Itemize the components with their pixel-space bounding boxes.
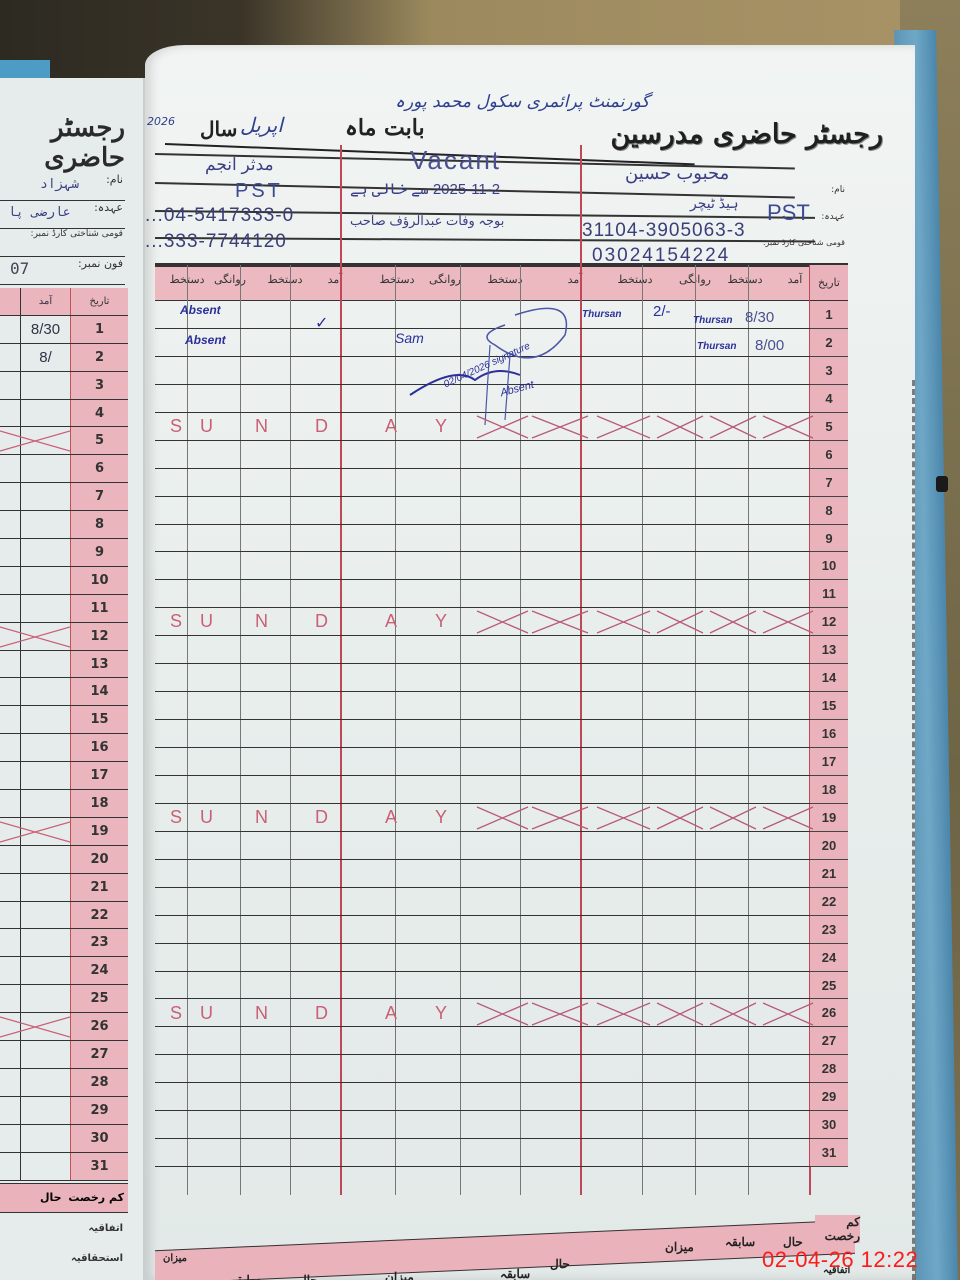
left-footer-label-hal: حال: [40, 1191, 62, 1204]
sunday-letter: D: [315, 1003, 328, 1024]
cross-mark-icon: [761, 414, 815, 440]
date-cell: 13: [810, 636, 848, 664]
left-designation-value: عارضی پا: [8, 205, 71, 220]
background-cover-edge: [0, 60, 50, 80]
table-row: [155, 1027, 810, 1055]
left-date-cell: 28: [70, 1069, 128, 1096]
left-date-cell: 30: [70, 1125, 128, 1152]
sunday-letter: U: [200, 1003, 213, 1024]
table-row: [155, 497, 810, 525]
left-phone-label: فون نمبر:: [78, 257, 123, 270]
sunday-row: SUNDAY: [155, 1000, 810, 1028]
cross-mark-icon: [708, 1001, 758, 1027]
sunday-letter: D: [315, 611, 328, 632]
left-designation-label: عہدہ:: [94, 201, 123, 214]
left-table-row: 17: [0, 762, 128, 790]
left-amad-cell: [20, 539, 70, 566]
left-amad-cell: [20, 929, 70, 956]
table-row: [155, 1111, 810, 1139]
sunday-letter: Y: [435, 611, 447, 632]
cross-mark-icon: [708, 805, 758, 831]
left-footer-label-earned: استحقاقیہ: [71, 1253, 123, 1264]
cross-mark-icon: [530, 805, 590, 831]
table-row: [155, 525, 810, 553]
left-table-row: 28: [0, 1069, 128, 1097]
date-cell: 30: [810, 1111, 848, 1139]
footer-label-sabiqa-2: سابقہ: [500, 1267, 530, 1280]
table-row: [155, 552, 810, 580]
cross-mark-icon: [475, 609, 530, 635]
label-cnic: قومی شناختی کارڈ نمبر:: [745, 238, 845, 247]
left-amad-cell: [20, 595, 70, 622]
sunday-letter: D: [315, 416, 328, 437]
table-row: [155, 776, 810, 804]
entry-right-amad-1: 8/30: [745, 309, 774, 326]
left-date-cell: 23: [70, 929, 128, 956]
left-date-cell: 31: [70, 1153, 128, 1180]
cross-mark-icon: [708, 609, 758, 635]
date-cell: 9: [810, 525, 848, 553]
left-cnic-line: قومی شناختی کارڈ نمبر:: [0, 229, 125, 257]
table-row: [155, 1083, 810, 1111]
left-date-cell: 2: [70, 344, 128, 371]
footer-label-hal-2: حال: [550, 1257, 570, 1271]
left-date-cell: 10: [70, 567, 128, 594]
left-table-row: 4: [0, 400, 128, 428]
teacher-left-name: مدثر انجم: [205, 155, 274, 175]
sunday-letter: U: [200, 416, 213, 437]
left-date-cell: 22: [70, 902, 128, 929]
table-row: [155, 748, 810, 776]
date-cell: 19: [810, 804, 848, 832]
table-row: [155, 441, 810, 469]
sunday-letter: S: [170, 807, 182, 828]
entry-right-amad-2: 8/00: [755, 337, 784, 354]
table-row: [155, 469, 810, 497]
sunday-letter: A: [385, 416, 397, 437]
month-value: اپریل: [240, 113, 283, 137]
cross-mark-icon: [761, 1001, 815, 1027]
table-row: [155, 832, 810, 860]
column-header: آمد: [315, 273, 355, 286]
table-row: [155, 636, 810, 664]
left-attendance-grid: تاریخ آمد 18/3028/3456789101112131415161…: [0, 288, 128, 1181]
left-amad-cell: [20, 455, 70, 482]
left-date-cell: 29: [70, 1097, 128, 1124]
date-cell: 3: [810, 357, 848, 385]
left-table-row: 15: [0, 706, 128, 734]
cross-mark-icon: [595, 609, 652, 635]
left-date-cell: 24: [70, 957, 128, 984]
sunday-letter: S: [170, 1003, 182, 1024]
cross-mark-icon: [655, 1001, 705, 1027]
left-date-cell: 12: [70, 623, 128, 650]
spine-stitching: [912, 380, 916, 1280]
date-cell: 14: [810, 664, 848, 692]
left-amad-cell: [20, 1097, 70, 1124]
table-row: [155, 1055, 810, 1083]
left-date-cell: 6: [70, 455, 128, 482]
date-cell: 16: [810, 720, 848, 748]
binding-pin: [936, 476, 948, 492]
sunday-letter: S: [170, 416, 182, 437]
left-date-cell: 25: [70, 985, 128, 1012]
footer-label-sabiqa-3: سابقہ: [725, 1235, 755, 1249]
date-cell: 7: [810, 469, 848, 497]
sunday-letter: S: [170, 611, 182, 632]
date-cell: 17: [810, 748, 848, 776]
table-row: [155, 664, 810, 692]
date-cell: 15: [810, 692, 848, 720]
left-date-cell: 11: [70, 595, 128, 622]
column-header: دستخط: [615, 273, 655, 286]
left-designation-line: عہدہ: عارضی پا: [0, 201, 125, 229]
cross-mark-icon: [0, 623, 70, 650]
left-amad-cell: 8/: [20, 344, 70, 371]
left-date-cell: 7: [70, 483, 128, 510]
left-table-row: 18/30: [0, 316, 128, 344]
left-table-row: 29: [0, 1097, 128, 1125]
month-label: بابت ماہ: [345, 115, 425, 141]
table-row: [155, 972, 810, 1000]
teacher-right-designation-note: ہیڈ ٹیچر: [690, 195, 739, 212]
cross-mark-icon: [530, 609, 590, 635]
left-cnic-label: قومی شناختی کارڈ نمبر:: [31, 229, 123, 239]
date-cell: 28: [810, 1055, 848, 1083]
entry-right-dastkhat-1: Thursan: [693, 315, 732, 326]
table-row: [155, 888, 810, 916]
left-table-row: 18: [0, 790, 128, 818]
date-column-header: تاریخ: [810, 263, 848, 301]
date-cell: 1: [810, 301, 848, 329]
date-cell: 24: [810, 944, 848, 972]
left-table-row: 3: [0, 372, 128, 400]
left-table-row: 14: [0, 678, 128, 706]
column-header: دستخط: [725, 273, 765, 286]
left-amad-cell: [20, 706, 70, 733]
cross-mark-icon: [0, 1013, 70, 1040]
teacher-middle-note: 2025-11-2 سے خالی ہے: [350, 180, 500, 198]
left-date-cell: 16: [70, 734, 128, 761]
sunday-letter: A: [385, 611, 397, 632]
sunday-letter: D: [315, 807, 328, 828]
left-date-cell: 27: [70, 1041, 128, 1068]
left-table-row: 28/: [0, 344, 128, 372]
entry-right-dastkhat-2: Thursan: [697, 341, 736, 352]
label-name: نام:: [785, 185, 845, 195]
sunday-letter: Y: [435, 807, 447, 828]
date-cell: 11: [810, 580, 848, 608]
left-amad-header: آمد: [20, 288, 70, 315]
photo-timestamp: 02-04-26 12:22: [762, 1247, 918, 1273]
left-amad-cell: [20, 985, 70, 1012]
info-divider-2: [580, 145, 582, 265]
cross-mark-icon: [655, 414, 705, 440]
date-column: تاریخ 1234567891011121314151617181920212…: [810, 263, 848, 1167]
left-page-title: رجسٹر حاضری: [0, 113, 125, 173]
cross-mark-icon: [595, 414, 652, 440]
left-amad-cell: [20, 567, 70, 594]
teacher-right-cnic: 31104-3905063-3: [582, 220, 746, 242]
sunday-letter: U: [200, 807, 213, 828]
cross-mark-icon: [475, 805, 530, 831]
page-header: رجسٹر حاضری مدرسین گورنمنٹ پرائمری سکول …: [145, 75, 915, 155]
sunday-letter: Y: [435, 1003, 447, 1024]
date-cell: 8: [810, 497, 848, 525]
date-cell: 31: [810, 1139, 848, 1167]
left-date-cell: 21: [70, 874, 128, 901]
teacher-left-designation: PST: [235, 180, 283, 203]
left-date-cell: 9: [70, 539, 128, 566]
left-table-row: 16: [0, 734, 128, 762]
date-cell: 23: [810, 916, 848, 944]
left-name-label: نام:: [106, 173, 123, 186]
left-table-row: 19: [0, 818, 128, 846]
left-table-row: 5: [0, 427, 128, 455]
left-date-cell: 8: [70, 511, 128, 538]
teacher-middle-cnic-note: بوجہ وفات عبدالرؤف صاحب: [350, 213, 504, 229]
left-amad-cell: [20, 511, 70, 538]
left-footer-band: کم رخصت حال: [0, 1183, 128, 1213]
sunday-letter: A: [385, 1003, 397, 1024]
teacher-left-phone: ...333-7744120: [145, 231, 287, 253]
left-date-cell: 3: [70, 372, 128, 399]
left-amad-cell: [20, 902, 70, 929]
left-header-row: تاریخ آمد: [0, 288, 128, 316]
sunday-letter: N: [255, 611, 268, 632]
left-amad-cell: [20, 372, 70, 399]
entry-left-absent-2: Absent: [185, 333, 226, 347]
year-value: 2026: [147, 115, 175, 128]
entry-left-tick: ✓: [315, 313, 328, 333]
cross-mark-icon: [655, 805, 705, 831]
date-cell: 12: [810, 608, 848, 636]
date-cell: 26: [810, 999, 848, 1027]
left-page: رجسٹر حاضری نام: شہزاد عہدہ: عارضی پا قو…: [0, 78, 145, 1280]
left-date-cell: 4: [70, 400, 128, 427]
left-footer-label-casual: اتفاقیہ: [88, 1223, 123, 1234]
entry-right-rawangi-sign: Thursan: [582, 309, 621, 320]
date-cell: 10: [810, 552, 848, 580]
left-phone-value: 07: [10, 259, 29, 278]
left-amad-cell: [20, 1125, 70, 1152]
table-row: [155, 1139, 810, 1167]
left-table-row: 11: [0, 595, 128, 623]
left-amad-cell: [20, 1041, 70, 1068]
footer-label-hal-1: حال: [298, 1273, 318, 1280]
cross-mark-icon: [530, 414, 590, 440]
school-name: گورنمنٹ پرائمری سکول محمد پورہ: [395, 91, 649, 112]
footer-summary: میزان سابقہ حال میزان سابقہ حال میزان سا…: [155, 1195, 855, 1280]
teacher-middle-name: Vacant: [410, 145, 501, 176]
left-amad-cell: [20, 790, 70, 817]
table-row: [155, 580, 810, 608]
teacher-right-name: محبوب حسین: [625, 163, 729, 184]
cross-mark-icon: [761, 609, 815, 635]
teacher-right-phone: 03024154224: [592, 245, 730, 267]
left-amad-cell: [20, 957, 70, 984]
left-table-row: 9: [0, 539, 128, 567]
left-amad-cell: [20, 678, 70, 705]
left-date-cell: 18: [70, 790, 128, 817]
left-phone-line: فون نمبر: 07: [0, 257, 125, 285]
sunday-row: SUNDAY: [155, 413, 810, 441]
left-amad-cell: [20, 874, 70, 901]
left-date-cell: 17: [70, 762, 128, 789]
cross-mark-icon: [761, 805, 815, 831]
left-amad-cell: [20, 734, 70, 761]
left-table-row: 26: [0, 1013, 128, 1041]
left-table-row: 8: [0, 511, 128, 539]
left-table-row: 20: [0, 846, 128, 874]
cross-mark-icon: [0, 427, 70, 454]
date-cell: 18: [810, 776, 848, 804]
entry-right-rawangi: 2/-: [653, 303, 671, 320]
sunday-letter: N: [255, 416, 268, 437]
left-amad-cell: [20, 400, 70, 427]
cross-mark-icon: [0, 818, 70, 845]
left-amad-cell: [20, 846, 70, 873]
cross-mark-icon: [475, 414, 530, 440]
left-table-row: 13: [0, 651, 128, 679]
cross-mark-icon: [708, 414, 758, 440]
left-table-row: 24: [0, 957, 128, 985]
left-amad-cell: [20, 651, 70, 678]
left-name-value: شہزاد: [40, 177, 79, 192]
entry-left-absent-1: Absent: [180, 303, 221, 317]
date-cell: 21: [810, 860, 848, 888]
date-cell: 6: [810, 441, 848, 469]
sunday-letter: Y: [435, 416, 447, 437]
cross-mark-icon: [655, 609, 705, 635]
left-amad-cell: [20, 1069, 70, 1096]
left-table-row: 23: [0, 929, 128, 957]
teacher-right-designation: PST: [767, 200, 810, 226]
sunday-row: SUNDAY: [155, 608, 810, 636]
cross-mark-icon: [530, 1001, 590, 1027]
left-date-cell: 1: [70, 316, 128, 343]
sunday-letter: N: [255, 1003, 268, 1024]
footer-label-mizan-3: میزان: [665, 1240, 694, 1254]
left-table-row: 31: [0, 1153, 128, 1181]
footer-label-mizan-1: میزان: [163, 1253, 187, 1264]
left-date-cell: 5: [70, 427, 128, 454]
left-date-cell: 19: [70, 818, 128, 845]
date-cell: 29: [810, 1083, 848, 1111]
footer-label-leave: کم رخصت: [815, 1215, 860, 1243]
left-date-cell: 13: [70, 651, 128, 678]
date-cell: 20: [810, 832, 848, 860]
date-cell: 2: [810, 329, 848, 357]
left-table-row: 10: [0, 567, 128, 595]
left-table-row: 22: [0, 902, 128, 930]
table-row: [155, 692, 810, 720]
left-date-cell: 14: [70, 678, 128, 705]
info-divider-1: [340, 145, 342, 265]
column-header: روانگی: [210, 273, 250, 286]
left-table-row: 25: [0, 985, 128, 1013]
left-table-row: 21: [0, 874, 128, 902]
year-label: سال: [200, 117, 237, 141]
left-table-row: 27: [0, 1041, 128, 1069]
date-cell: 27: [810, 1027, 848, 1055]
left-amad-cell: [20, 1153, 70, 1180]
table-row: [155, 916, 810, 944]
table-row: [155, 720, 810, 748]
left-amad-cell: [20, 762, 70, 789]
left-table-row: 12: [0, 623, 128, 651]
date-cell: 5: [810, 413, 848, 441]
cross-mark-icon: [595, 1001, 652, 1027]
date-cell: 22: [810, 888, 848, 916]
sunday-letter: A: [385, 807, 397, 828]
teacher-left-cnic: ...04-5417333-0: [145, 205, 294, 227]
sunday-letter: U: [200, 611, 213, 632]
left-amad-cell: 8/30: [20, 316, 70, 343]
left-date-header: تاریخ: [70, 288, 128, 315]
signature-scribble: [395, 275, 595, 425]
sunday-row: SUNDAY: [155, 804, 810, 832]
cross-mark-icon: [475, 1001, 530, 1027]
left-name-line: نام: شہزاد: [0, 173, 125, 201]
left-date-cell: 15: [70, 706, 128, 733]
left-footer-label-leave: کم رخصت: [68, 1191, 124, 1204]
table-row: [155, 944, 810, 972]
sunday-letter: N: [255, 807, 268, 828]
footer-label-sabiqa-1: سابقہ: [230, 1273, 260, 1280]
table-row: [155, 860, 810, 888]
left-table-row: 7: [0, 483, 128, 511]
register-page: رجسٹر حاضری مدرسین گورنمنٹ پرائمری سکول …: [145, 45, 915, 1280]
date-cell: 4: [810, 385, 848, 413]
left-date-cell: 26: [70, 1013, 128, 1040]
left-amad-cell: [20, 483, 70, 510]
page-title: رجسٹر حاضری مدرسین: [610, 119, 883, 150]
footer-label-mizan-2: میزان: [385, 1270, 414, 1280]
column-header: دستخط: [265, 273, 305, 286]
left-date-cell: 20: [70, 846, 128, 873]
date-cell: 25: [810, 972, 848, 1000]
left-table-row: 6: [0, 455, 128, 483]
left-table-row: 30: [0, 1125, 128, 1153]
cross-mark-icon: [595, 805, 652, 831]
